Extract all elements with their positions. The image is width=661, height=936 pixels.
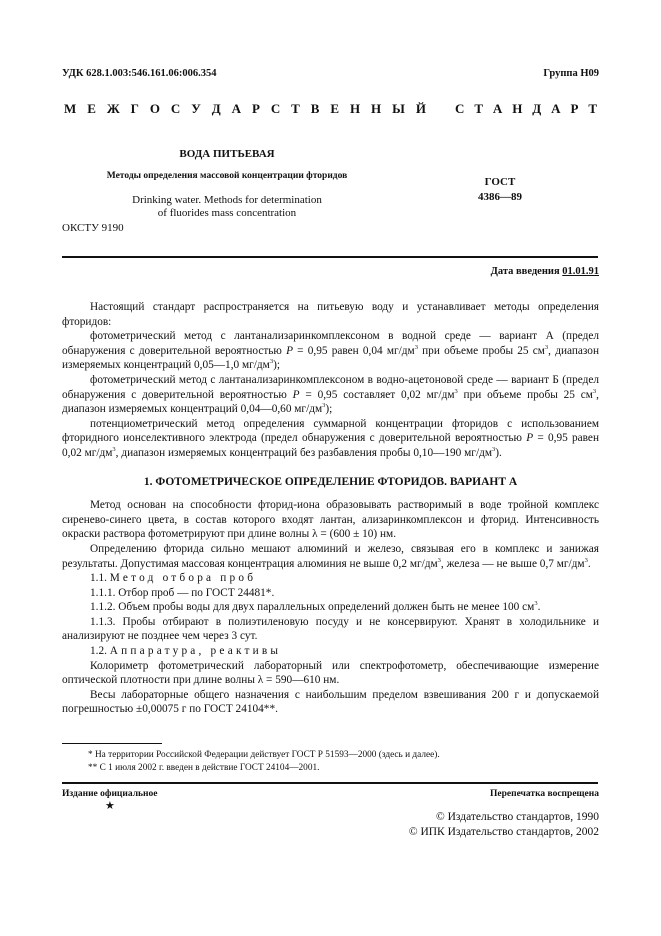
banner-letter: Н [371, 101, 381, 117]
okstu-code: ОКСТУ 9190 [62, 222, 124, 234]
gost-designation: ГОСТ 4386—89 [440, 175, 560, 205]
banner-letter: Т [588, 101, 597, 117]
banner-word-standard: СТАНДАРТ [455, 101, 597, 117]
section-1-heading: 1. ФОТОМЕТРИЧЕСКОЕ ОПРЕДЕЛЕНИЕ ФТОРИДОВ.… [62, 475, 599, 490]
banner-letter: А [232, 101, 241, 117]
banner-letter: Д [212, 101, 221, 117]
english-title: Drinking water. Methods for determinatio… [62, 194, 392, 220]
banner-letter: Е [87, 101, 96, 117]
banner-letter: Е [330, 101, 339, 117]
banner-letter: У [191, 101, 201, 117]
method-a-paragraph: фотометрический метод с лантанализаринко… [62, 329, 599, 373]
footer-divider [62, 782, 598, 784]
subsection-1-1-heading: 1.1. Метод отбора проб [62, 571, 599, 586]
star-icon: ★ [105, 799, 115, 812]
banner-letter: Г [131, 101, 139, 117]
official-edition-label: Издание официальное [62, 789, 158, 799]
scales-paragraph: Весы лабораторные общего назначения с на… [62, 688, 599, 717]
banner-letter: Ж [107, 101, 120, 117]
gost-label: ГОСТ [440, 175, 560, 190]
banner-letter: В [311, 101, 320, 117]
introduction-date-label: Дата введения [491, 266, 560, 277]
method-principle-paragraph: Метод основан на способности фторид-иона… [62, 498, 599, 542]
banner-letter: Р [252, 101, 260, 117]
clause-1-1-3: 1.1.3. Пробы отбирают в полиэтиленовую п… [62, 615, 599, 644]
banner-letter: С [271, 101, 280, 117]
introduction-date: Дата введения 01.01.91 [491, 266, 599, 277]
banner-letter: А [551, 101, 560, 117]
banner-letter: Т [474, 101, 483, 117]
method-b-paragraph: фотометрический метод с лантанализаринко… [62, 373, 599, 417]
banner-letter: С [455, 101, 464, 117]
document-title: ВОДА ПИТЬЕВАЯ [62, 148, 392, 160]
reprint-prohibited-label: Перепечатка воспрещена [490, 789, 599, 799]
interference-paragraph: Определению фторида сильно мешают алюмин… [62, 542, 599, 571]
copyright-block: © Издательство стандартов, 1990 © ИПК Из… [409, 810, 599, 840]
potentiometric-paragraph: потенциометрический метод определения су… [62, 417, 599, 461]
banner-letter: А [493, 101, 502, 117]
clause-1-1-2: 1.1.2. Объем пробы воды для двух паралле… [62, 600, 599, 615]
banner-letter: М [64, 101, 76, 117]
banner-letter: Н [512, 101, 522, 117]
banner-word-interstate: МЕЖГОСУДАРСТВЕННЫЙ [64, 101, 426, 117]
subsection-1-2-heading: 1.2. Аппаратура, реактивы [62, 644, 599, 659]
intro-paragraph: Настоящий стандарт распространяется на п… [62, 300, 599, 329]
banner-letter: Ы [392, 101, 405, 117]
banner-letter: Й [416, 101, 426, 117]
document-subtitle: Методы определения массовой концентрации… [62, 171, 392, 181]
document-body: Настоящий стандарт распространяется на п… [62, 300, 599, 717]
udk-code: УДК 628.1.003:546.161.06:006.354 [62, 68, 216, 79]
gost-number: 4386—89 [440, 190, 560, 205]
copyright-2002: © ИПК Издательство стандартов, 2002 [409, 825, 599, 840]
colorimeter-paragraph: Колориметр фотометрический лабораторный … [62, 659, 599, 688]
header-divider [62, 256, 598, 258]
footnote-2: ** С 1 июля 2002 г. введен в действие ГО… [88, 762, 319, 775]
clause-1-1-1: 1.1.1. Отбор проб — по ГОСТ 24481*. [62, 586, 599, 601]
english-title-line2: of fluorides mass concentration [62, 207, 392, 220]
banner-letter: Н [350, 101, 360, 117]
banner-letter: С [171, 101, 180, 117]
banner-letter: Т [291, 101, 300, 117]
group-code: Группа Н09 [543, 68, 599, 79]
footnote-1: * На территории Российской Федерации дей… [88, 749, 440, 762]
banner-letter: О [150, 101, 160, 117]
copyright-1990: © Издательство стандартов, 1990 [409, 810, 599, 825]
english-title-line1: Drinking water. Methods for determinatio… [62, 194, 392, 207]
footnote-divider [62, 743, 162, 744]
banner-letter: Д [532, 101, 541, 117]
banner-letter: Р [570, 101, 578, 117]
introduction-date-value: 01.01.91 [562, 266, 599, 277]
